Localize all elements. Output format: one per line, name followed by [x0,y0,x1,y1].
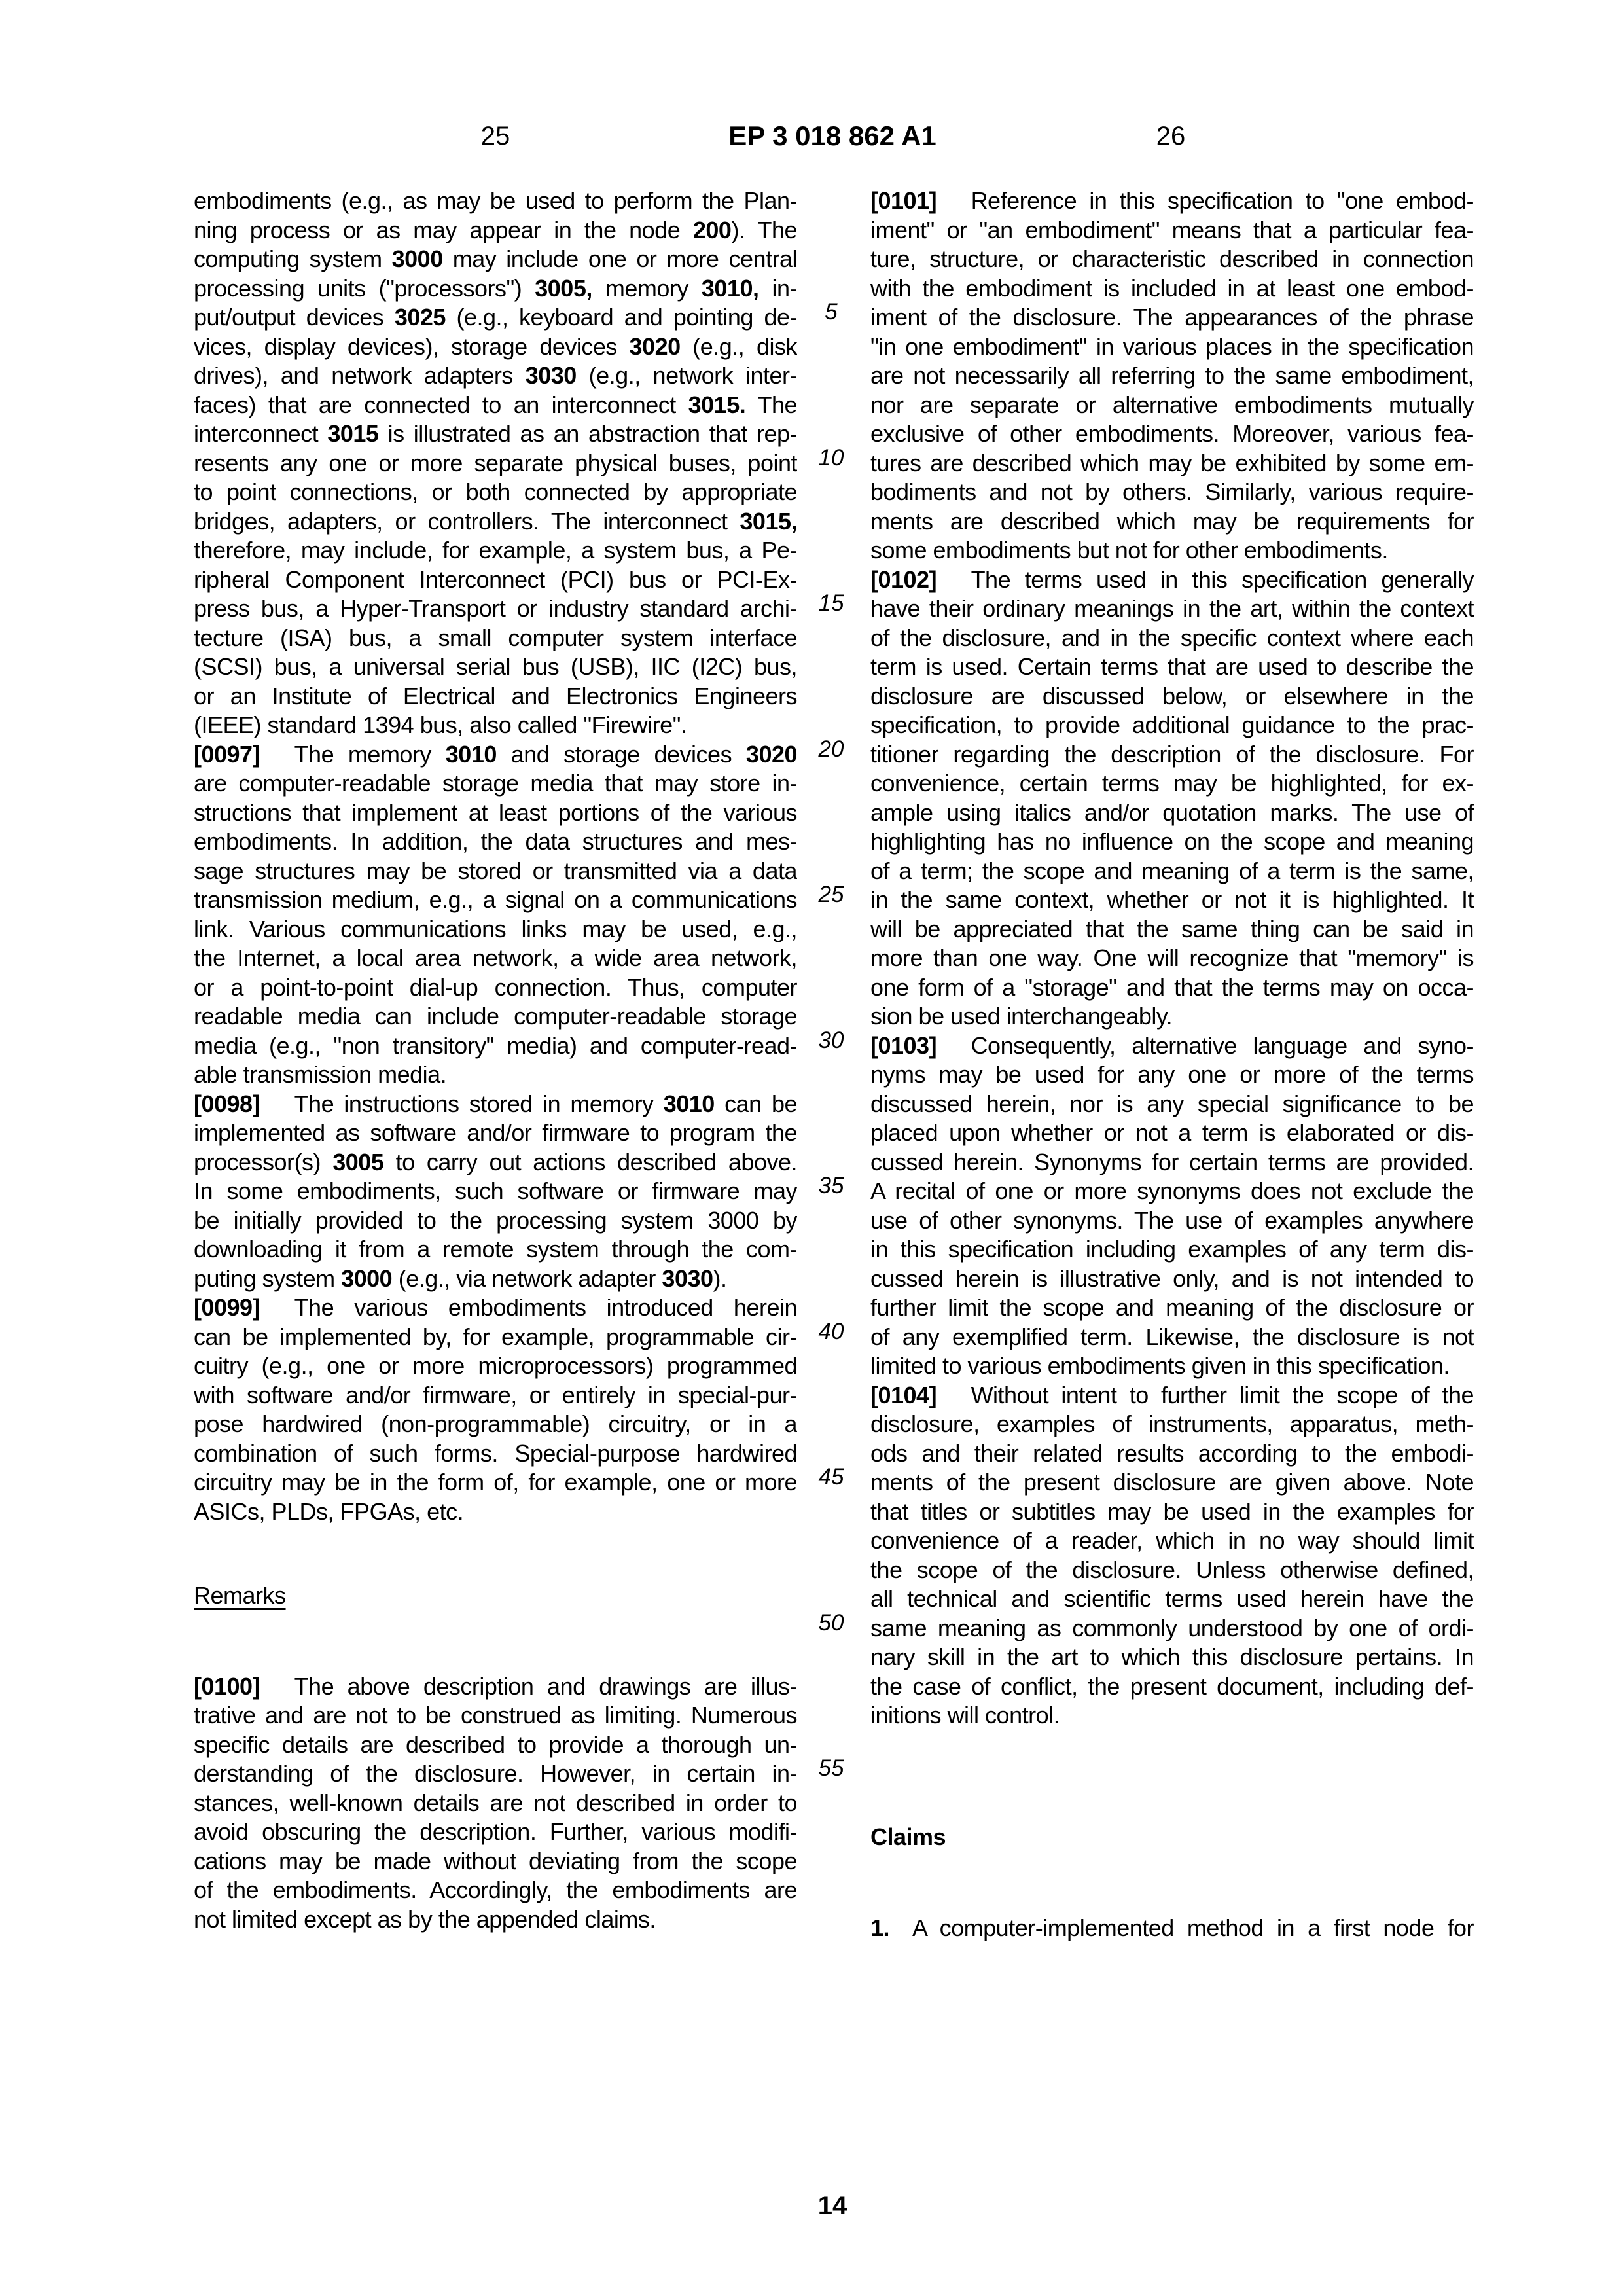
text-line: "in one embodiment" in various places in… [870,332,1474,362]
text-line: downloading it from a remote system thro… [194,1235,797,1265]
text-line: or an Institute of Electrical and Electr… [194,682,797,711]
text-line: stances, well-known details are not desc… [194,1789,797,1818]
text-line: term is used. Certain terms that are use… [870,653,1474,682]
text-line: initions will control. [870,1701,1474,1731]
text-line: cussed herein. Synonyms for certain term… [870,1148,1474,1177]
text-line: disclosure, examples of instruments, app… [870,1410,1474,1439]
gutter-line-number: 50 [810,1609,852,1638]
text-line: the scope of the disclosure. Unless othe… [870,1556,1474,1585]
text-line: ments of the present disclosure are give… [870,1468,1474,1498]
text-line: in the same context, whether or not it i… [870,886,1474,915]
gutter-line-number: 20 [810,735,852,764]
text-line: with software and/or firmware, or entire… [194,1381,797,1410]
text-line: drives), and network adapters 3030 (e.g.… [194,361,797,391]
text-line: have their ordinary meanings in the art,… [870,594,1474,624]
text-line: ning process or as may appear in the nod… [194,216,797,245]
text-line: nyms may be used for any one or more of … [870,1060,1474,1090]
text-line: able transmission media. [194,1060,797,1090]
text-line: ture, structure, or characteristic descr… [870,245,1474,274]
text-line: use of other synonyms. The use of exampl… [870,1206,1474,1236]
text-line: in this specification including examples… [870,1235,1474,1265]
text-line: of a term; the scope and meaning of a te… [870,857,1474,886]
text-line: Claims [870,1823,1474,1852]
text-line: sage structures may be stored or transmi… [194,857,797,886]
header-right-column-page-number: 26 [1105,120,1236,152]
text-line: some embodiments but not for other embod… [870,536,1474,565]
text-line: disclosure are discussed below, or elsew… [870,682,1474,711]
patent-page: 25 EP 3 018 862 A1 26 embodiments (e.g.,… [0,0,1623,2296]
text-line: faces) that are connected to an intercon… [194,391,797,420]
text-line: media (e.g., "non transitory" media) and… [194,1031,797,1061]
text-line: cations may be made without deviating fr… [194,1847,797,1876]
text-line: convenience of a reader, which in no way… [870,1526,1474,1556]
text-line: of the disclosure, and in the specific c… [870,624,1474,653]
text-line: ments are described which may be require… [870,507,1474,537]
text-line: transmission medium, e.g., a signal on a… [194,886,797,915]
text-line: more than one way. One will recognize th… [870,944,1474,973]
text-line: convenience, certain terms may be highli… [870,769,1474,798]
text-line: resents any one or more separate physica… [194,449,797,478]
text-line: processor(s) 3005 to carry out actions d… [194,1148,797,1177]
text-line: implemented as software and/or firmware … [194,1119,797,1148]
text-line: the Internet, a local area network, a wi… [194,944,797,973]
line-spacer [194,1526,797,1581]
text-line: computing system 3000 may include one or… [194,245,797,274]
text-line: ripheral Component Interconnect (PCI) bu… [194,565,797,595]
text-line: iment of the disclosure. The appearances… [870,303,1474,332]
text-line: of the embodiments. Accordingly, the emb… [194,1876,797,1905]
text-line: nary skill in the art to which this disc… [870,1643,1474,1672]
text-line: processing units ("processors") 3005, me… [194,274,797,304]
text-line: ASICs, PLDs, FPGAs, etc. [194,1498,797,1527]
text-line: are not necessarily all referring to the… [870,361,1474,391]
text-line: further limit the scope and meaning of t… [870,1293,1474,1323]
text-line: iment" or "an embodiment" means that a p… [870,216,1474,245]
text-line: embodiments. In addition, the data struc… [194,827,797,857]
gutter-line-number: 35 [810,1172,852,1201]
text-line: A recital of one or more synonyms does n… [870,1177,1474,1206]
text-line: therefore, may include, for example, a s… [194,536,797,565]
text-line: to point connections, or both connected … [194,478,797,507]
gutter-line-number: 5 [810,298,852,327]
text-line: highlighting has no influence on the sco… [870,827,1474,857]
gutter-line-number: 15 [810,589,852,619]
text-line: same meaning as commonly understood by o… [870,1614,1474,1643]
text-line: link. Various communications links may b… [194,915,797,944]
gutter-line-number: 40 [810,1318,852,1347]
text-line: be initially provided to the processing … [194,1206,797,1236]
text-line: can be implemented by, for example, prog… [194,1323,797,1352]
text-line: with the embodiment is included in at le… [870,274,1474,304]
text-line: specific details are described to provid… [194,1731,797,1760]
text-line: trative and are not to be construed as l… [194,1701,797,1731]
text-line: [0103] Consequently, alternative languag… [870,1031,1474,1061]
line-spacer [870,1731,1474,1823]
gutter-line-number: 55 [810,1754,852,1784]
text-line: put/output devices 3025 (e.g., keyboard … [194,303,797,332]
text-line: are computer-readable storage media that… [194,769,797,798]
text-line: placed upon whether or not a term is ela… [870,1119,1474,1148]
text-line: will be appreciated that the same thing … [870,915,1474,944]
text-line: puting system 3000 (e.g., via network ad… [194,1265,797,1294]
text-line: tecture (ISA) bus, a small computer syst… [194,624,797,653]
line-spacer [870,1852,1474,1914]
text-line: bridges, adapters, or controllers. The i… [194,507,797,537]
gutter-line-number: 25 [810,880,852,910]
text-line: tures are described which may be exhibit… [870,449,1474,478]
text-line: embodiments (e.g., as may be used to per… [194,187,797,216]
gutter-line-number: 30 [810,1026,852,1056]
text-line: combination of such forms. Special-purpo… [194,1439,797,1469]
text-line: [0098] The instructions stored in memory… [194,1090,797,1119]
gutter-line-number: 10 [810,444,852,473]
text-line: Remarks [194,1581,797,1611]
text-line: all technical and scientific terms used … [870,1585,1474,1614]
text-line: [0102] The terms used in this specificat… [870,565,1474,595]
text-line: pose hardwired (non-programmable) circui… [194,1410,797,1439]
text-line: [0099] The various embodiments introduce… [194,1293,797,1323]
text-line: of any exemplified term. Likewise, the d… [870,1323,1474,1352]
header-left-column-page-number: 25 [430,120,561,152]
text-line: that titles or subtitles may be used in … [870,1498,1474,1527]
text-line: exclusive of other embodiments. Moreover… [870,420,1474,449]
text-line: press bus, a Hyper-Transport or industry… [194,594,797,624]
text-line: (SCSI) bus, a universal serial bus (USB)… [194,653,797,682]
text-line: circuitry may be in the form of, for exa… [194,1468,797,1498]
text-line: bodiments and not by others. Similarly, … [870,478,1474,507]
text-line: 1. A computer-implemented method in a fi… [870,1914,1474,1943]
text-line: limited to various embodiments given in … [870,1352,1474,1381]
text-line: (IEEE) standard 1394 bus, also called "F… [194,711,797,740]
text-line: structions that implement at least porti… [194,798,797,828]
text-line: ample using italics and/or quotation mar… [870,798,1474,828]
text-line: discussed herein, nor is any special sig… [870,1090,1474,1119]
text-line: [0104] Without intent to further limit t… [870,1381,1474,1410]
footer-page-number: 14 [702,2191,963,2221]
text-line: the case of conflict, the present docume… [870,1672,1474,1702]
text-line: In some embodiments, such software or fi… [194,1177,797,1206]
text-line: avoid obscuring the description. Further… [194,1818,797,1847]
text-line: [0097] The memory 3010 and storage devic… [194,740,797,770]
text-line: cuitry (e.g., one or more microprocessor… [194,1352,797,1381]
text-line: cussed herein is illustrative only, and … [870,1265,1474,1294]
text-line: vices, display devices), storage devices… [194,332,797,362]
text-line: [0100] The above description and drawing… [194,1672,797,1702]
text-line: [0101] Reference in this specification t… [870,187,1474,216]
text-line: readable media can include computer-read… [194,1002,797,1031]
text-line: sion be used interchangeably. [870,1002,1474,1031]
right-text-column: [0101] Reference in this specification t… [870,187,1474,1943]
line-spacer [194,1611,797,1672]
text-line: not limited except as by the appended cl… [194,1905,797,1935]
text-line: nor are separate or alternative embodime… [870,391,1474,420]
text-line: specification, to provide additional gui… [870,711,1474,740]
gutter-line-number: 45 [810,1463,852,1492]
left-text-column: embodiments (e.g., as may be used to per… [194,187,797,1934]
text-line: derstanding of the disclosure. However, … [194,1759,797,1789]
text-line: ods and their related results according … [870,1439,1474,1469]
text-line: titioner regarding the description of th… [870,740,1474,770]
text-line: one form of a "storage" and that the ter… [870,973,1474,1003]
text-line: or a point-to-point dial-up connection. … [194,973,797,1003]
text-line: interconnect 3015 is illustrated as an a… [194,420,797,449]
publication-number: EP 3 018 862 A1 [636,120,1029,152]
